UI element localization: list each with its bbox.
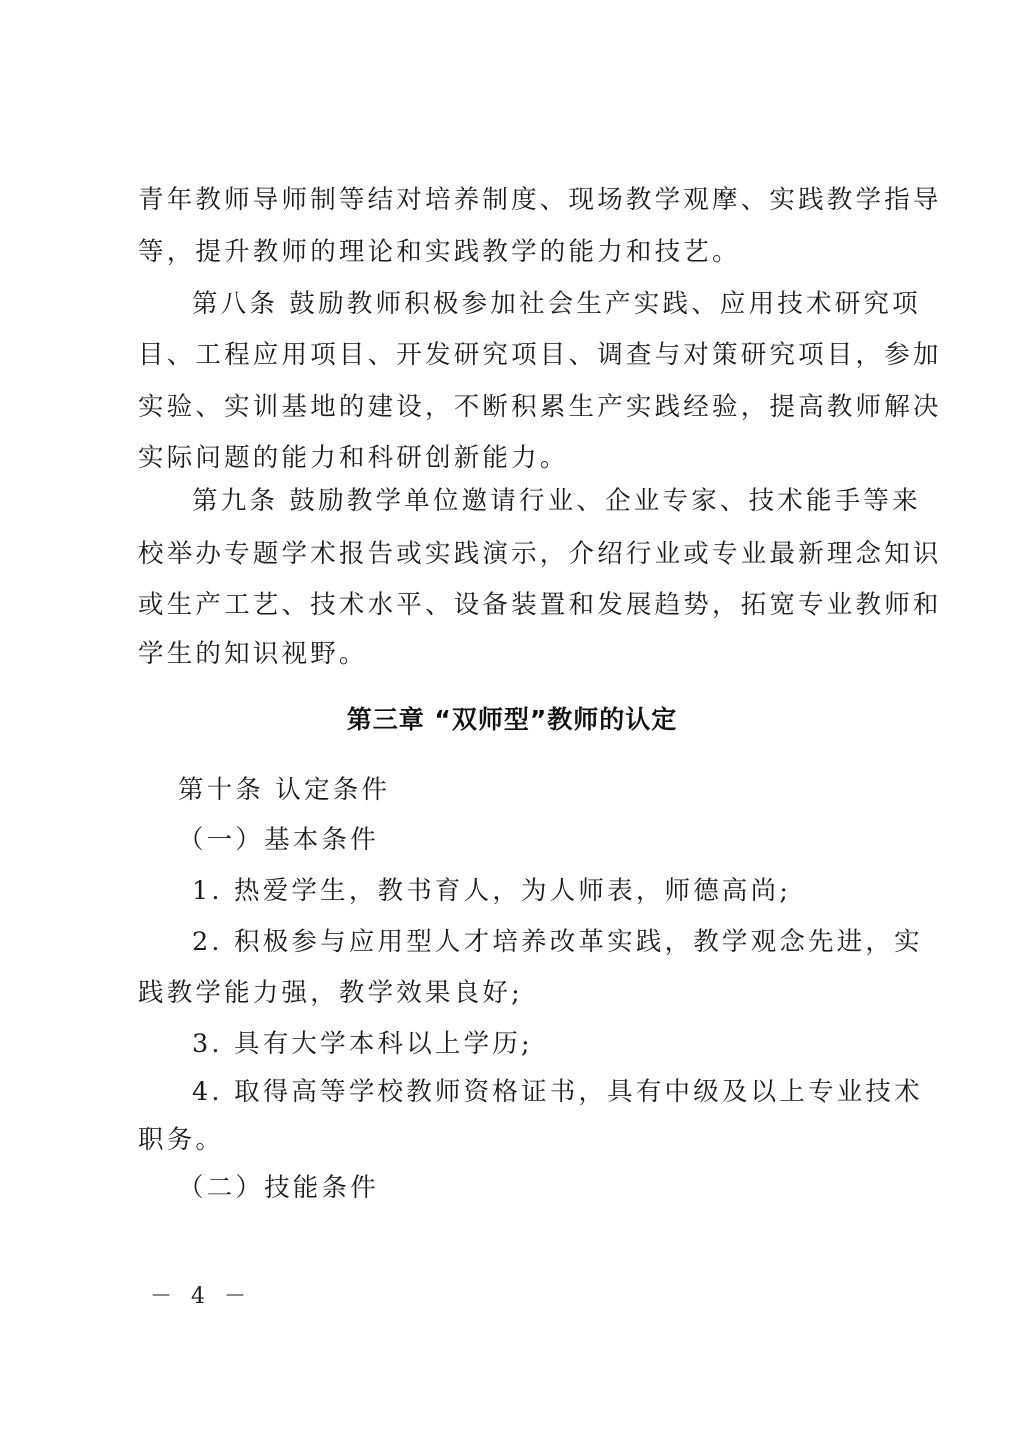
basic-condition-item-3: 3. 具有大学本科以上学历; [192,1028,533,1060]
article-8-line: 实际问题的能力和科研创新能力。 [138,442,569,474]
article-8-line: 目、工程应用项目、开发研究项目、调查与对策研究项目，参加 [138,339,942,371]
page-number: － 4 － [150,1282,252,1312]
article-9-line: 或生产工艺、技术水平、设备装置和发展趋势，拓宽专业教师和 [138,589,942,621]
article-8-line: 第八条 鼓励教师积极参加社会生产实践、应用技术研究项 [192,288,921,320]
article-9-line: 第九条 鼓励教学单位邀请行业、企业专家、技术能手等来 [192,485,921,517]
article-9-line: 校举办专题学术报告或实践演示，介绍行业或专业最新理念知识 [138,538,942,570]
basic-condition-item-4: 4. 取得高等学校教师资格证书，具有中级及以上专业技术 [192,1076,923,1108]
basic-condition-item-4-cont: 职务。 [138,1124,224,1156]
basic-condition-item-1: 1. 热爱学生，教书育人，为人师表，师德高尚; [192,875,791,907]
paragraph-line: 等，提升教师的理论和实践教学的能力和技艺。 [138,236,741,268]
article-8-line: 实验、实训基地的建设，不断积累生产实践经验，提高教师解决 [138,391,942,423]
basic-condition-item-2-cont: 践教学能力强，教学效果良好; [138,977,523,1009]
section-2-title: （二）技能条件 [178,1172,379,1204]
paragraph-line: 青年教师导师制等结对培养制度、现场教学观摩、实践教学指导 [138,184,942,216]
article-9-line: 学生的知识视野。 [138,638,368,670]
document-page: 青年教师导师制等结对培养制度、现场教学观摩、实践教学指导 等，提升教师的理论和实… [0,0,1024,1448]
chapter-heading: 第三章 “双师型”教师的认定 [0,704,1024,736]
section-1-title: （一）基本条件 [178,824,379,856]
basic-condition-item-2: 2. 积极参与应用型人才培养改革实践，教学观念先进，实 [192,926,923,958]
article-10-title: 第十条 认定条件 [178,774,390,806]
